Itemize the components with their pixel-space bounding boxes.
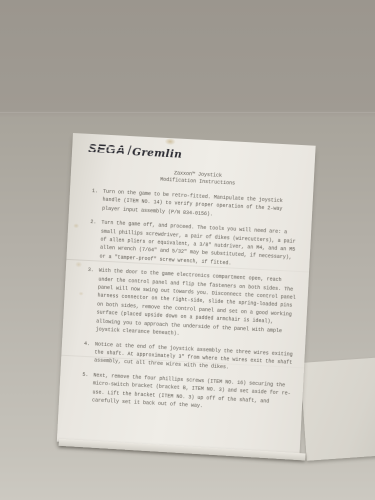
item-text: Next, remove the four phillips screws (I… <box>92 371 292 415</box>
item-text: Turn on the game to be retro-fitted. Man… <box>102 188 302 224</box>
document-content: SEGA / Gremlin Zaxxon™ Joystick Modifica… <box>57 133 316 454</box>
sega-logo: SEGA <box>88 143 126 158</box>
instruction-item: 4.Notice at the end of the joystick asse… <box>83 339 294 375</box>
instruction-item: 2.Turn the game off, and proceed. The to… <box>88 218 300 271</box>
item-text: With the door to the game electronics co… <box>96 267 298 345</box>
document-sheet: SEGA / Gremlin Zaxxon™ Joystick Modifica… <box>57 133 316 454</box>
logo-slash: / <box>127 144 131 157</box>
instruction-item: 1.Turn on the game to be retro-fitted. M… <box>91 187 302 223</box>
document-title-block: Zaxxon™ Joystick Modification Instructio… <box>93 166 303 191</box>
instruction-item: 3.With the door to the game electronics … <box>85 266 298 344</box>
wall-floor-boundary <box>0 112 375 113</box>
instruction-list: 1.Turn on the game to be retro-fitted. M… <box>81 187 302 415</box>
instruction-item: 5.Next, remove the four phillips screws … <box>81 371 292 416</box>
item-text: Turn the game off, and proceed. The tool… <box>99 219 300 271</box>
under-sheet <box>300 357 375 461</box>
item-text: Notice at the end of the joystick assemb… <box>94 340 294 376</box>
photo-scene: SEGA / Gremlin Zaxxon™ Joystick Modifica… <box>0 0 375 500</box>
gremlin-logo: Gremlin <box>132 146 183 161</box>
letterhead-logo: SEGA / Gremlin <box>88 142 305 169</box>
